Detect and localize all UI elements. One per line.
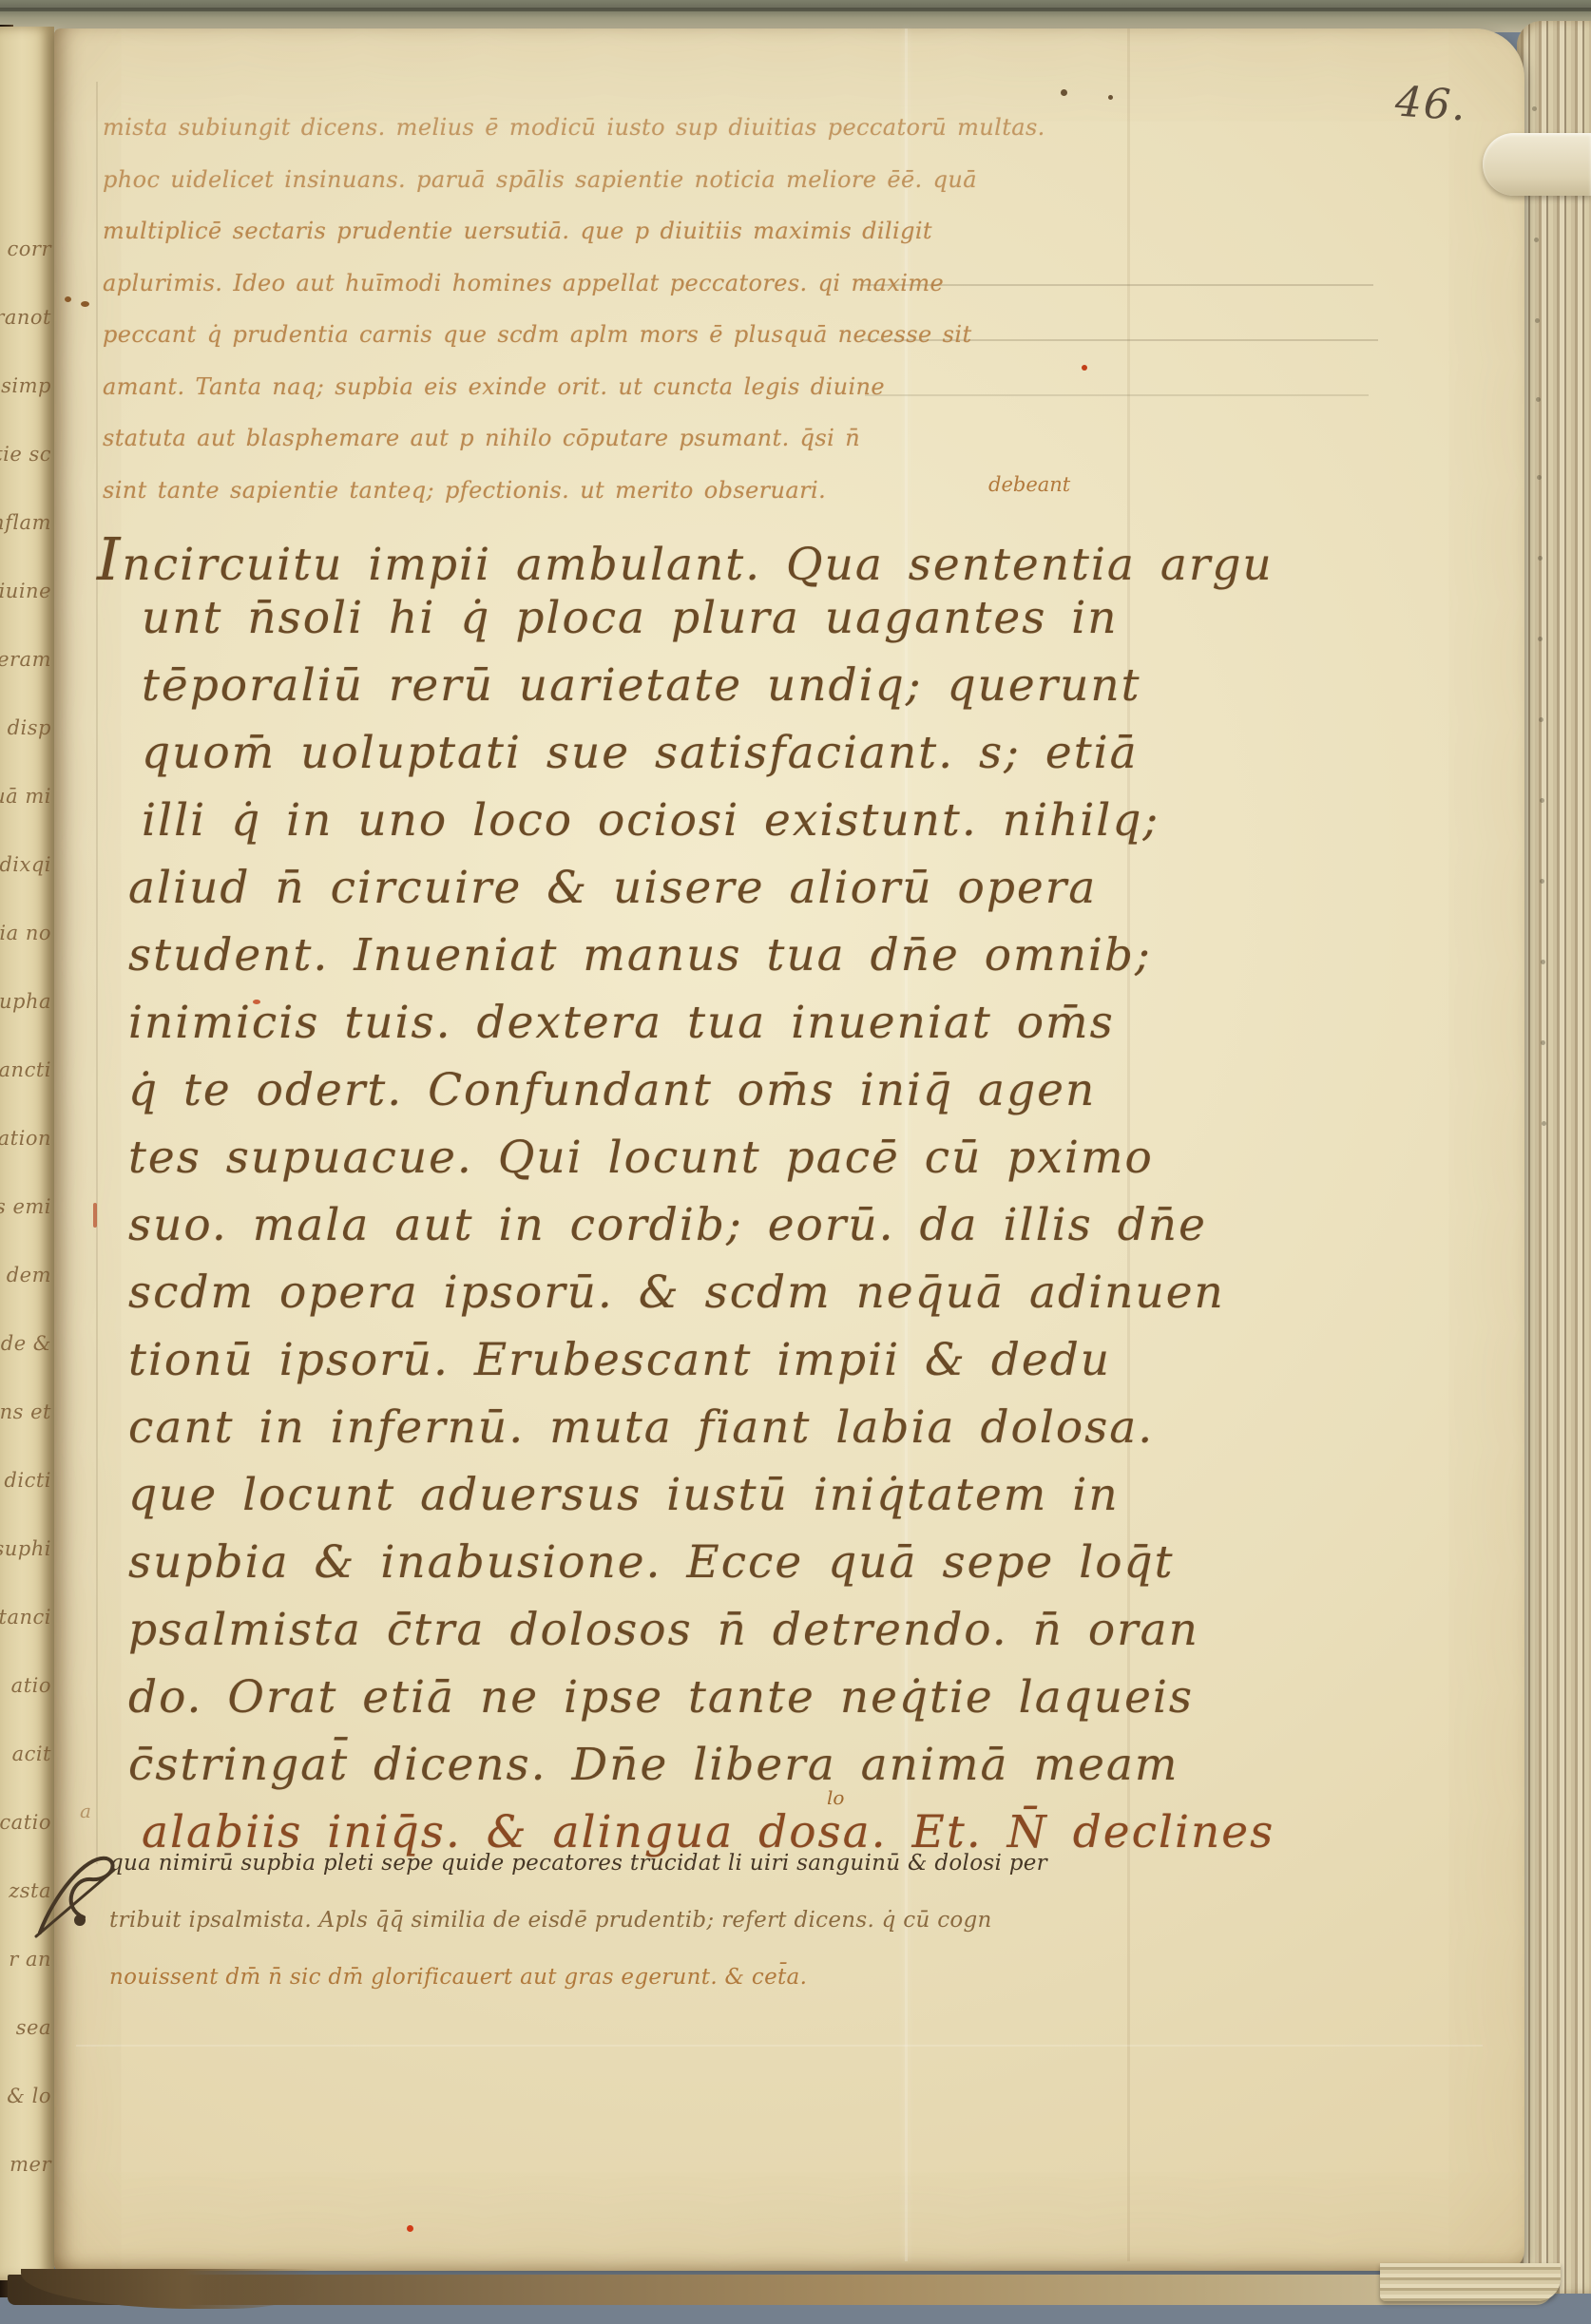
manuscript-text-line: statuta aut blasphemare aut p nihilo cōp… [103,425,920,477]
pricking-hole [1540,798,1544,803]
manuscript-text-line: q̇ te odert. Confundant om̄s iniq̄ agen [128,1064,1307,1132]
manuscript-text-line: illi q̇ in uno loco ociosi existunt. nih… [142,794,1307,862]
facing-page-text-fragment: ix· disp [0,716,51,739]
interlinear-correction: lo [827,1786,844,1809]
ink-speck [65,296,71,302]
facing-page-text-fragment: supha [0,990,51,1013]
red-ink-speck [407,2225,413,2232]
pricking-hole [1539,717,1543,722]
manuscript-text-line: student. Inueniat manus tua dn̄e omnib; [128,929,1307,997]
facing-page-text-fragment: catio [0,1811,51,1834]
red-ink-speck [253,1000,260,1004]
main-text-block: Incircuitu impii ambulant. Qua sententia… [128,524,1307,1874]
facing-page-text-fragment: acit [12,1743,51,1765]
facing-page-text-fragment: es emi [0,1195,51,1218]
facing-page-text-fragment: guā mi [0,785,51,808]
pricking-hole [1532,106,1537,111]
facing-page-text-fragment: de & [1,1332,51,1355]
facing-page-text-fragment: dentie sc [0,443,51,466]
gloss-text-line: qua nimirū supbia pleti sepe quide pecat… [109,1851,1459,1908]
manuscript-text-line: tes supuacue. Qui locunt pacē cū pximo [128,1132,1307,1199]
manuscript-text-line: mista subiungit dicens. melius ē modicū … [103,114,920,166]
red-margin-tick [93,1203,97,1228]
faded-header-text-block: mista subiungit dicens. melius ē modicū … [103,114,920,528]
facing-page-text-fragment: dicti [4,1469,51,1492]
pricking-hole [1540,879,1544,884]
ink-speck [81,301,89,307]
manuscript-text-line: tēporaliū rerū uarietate undiq; querunt [142,659,1307,727]
ink-speck [1108,95,1113,100]
folio-number: 46. [1393,77,1468,130]
manuscript-text-line: aliud n̄ circuire & uisere aliorū opera [128,862,1307,929]
pricking-hole [1534,238,1539,242]
gloss-text-line: tribuit ipsalmista. Apls q̄q̄ similia de… [109,1908,1459,1965]
ruling-line [865,394,1369,396]
facing-page-text-fragment: r an [9,1948,51,1971]
pricking-hole [1541,960,1545,964]
manuscript-text-line: supbia & inabusione. Ecce quā sepe loq̄t [128,1536,1307,1604]
manuscript-text-line: multiplicē sectaris prudentie uersutiā. … [103,218,920,270]
manuscript-text-line: tionū ipsorū. Erubescant impii & dedu [128,1334,1307,1401]
manuscript-text-line: cant in infernū. muta fiant labia dolosa… [128,1401,1307,1469]
manuscript-text-line: do. Orat etiā ne ipse tante neq̇tie laqu… [128,1671,1307,1739]
manuscript-text-line: aplurimis. Ideo aut huīmodi homines appe… [103,270,920,322]
red-ink-speck [1082,365,1087,371]
book-head-edge [0,0,1591,32]
facing-page-text-fragment: & lo [7,2085,51,2107]
facing-page-text-fragment: tē ranot [0,306,51,329]
manuscript-text-line: psalmista c̄tra dolosos n̄ detrendo. n̄ … [128,1604,1307,1671]
manuscript-text-line: que locunt aduersus iustū iniq̇tatem in [128,1469,1307,1536]
facing-page-text-fragment: bia no [0,922,51,944]
manuscript-text-line: Incircuitu impii ambulant. Qua sententia… [97,524,1307,592]
facing-page-text-fragment: mer [10,2153,51,2176]
facing-page-text-fragment: diuine [0,580,51,602]
pricking-hole [1537,475,1542,480]
facing-page-text-fragment: ndos simp [0,374,51,397]
manuscript-text-line: inimicis tuis. dextera tua inueniat om̄s [128,997,1307,1064]
marginal-note-mark: a [80,1800,91,1822]
facing-page-text-fragment: re dem [0,1264,51,1286]
gloss-text-line: nouissent dm̄ n̄ sic dm̄ glorificauert a… [109,1965,1459,2022]
pricking-hole [1538,556,1543,561]
parchment-crease [76,2045,1483,2047]
gloss-text-block: qua nimirū supbia pleti sepe quide pecat… [109,1851,1459,2022]
facing-page-text-fragment: dixqi [0,853,51,876]
manuscript-text-line: phoc uidelicet insinuans. paruā spālis s… [103,166,920,219]
gloss-paraph-mark [32,1841,120,1948]
interlinear-correction: debeant [988,473,1070,496]
pricking-hole [1541,1040,1545,1045]
facing-page-text-fragment: tanci [0,1606,51,1629]
facing-page-text-fragment: cation [0,1127,51,1150]
manuscript-text-line: amant. Tanta naq; supbia eis exinde orit… [103,373,920,426]
facing-page-text-fragment: tes corr [0,238,51,260]
facing-page-text-fragment: sē ceram [0,648,51,671]
manuscript-text-line: quom̄ uoluptati sue satisfaciant. s; eti… [142,727,1307,794]
fore-edge-parchment-tab [1483,133,1591,196]
manuscript-text-line: unt n̄soli hi q̇ ploca plura uagantes in [142,592,1307,659]
pricking-hole [1535,318,1540,323]
manuscript-text-line: peccant q̇ prudentia carnis que scdm apl… [103,321,920,373]
manuscript-text-line: suo. mala aut in cordib; eorū. da illis … [128,1199,1307,1267]
pricking-hole [1536,397,1541,402]
bottom-page-corner-stack [1380,2263,1561,2301]
facing-page-text-fragment: e inflam [0,511,51,534]
ink-speck [1061,89,1067,96]
facing-page-text-fragment: ns et [0,1400,51,1423]
manuscript-text-line: sint tante sapientie tanteq; pfectionis.… [103,477,920,529]
pricking-hole [1542,1121,1546,1126]
facing-page-text-fragment: atio [11,1674,51,1697]
facing-page-text-fragment: suphi [0,1537,51,1560]
facing-page-text-fragment: tancti [0,1058,51,1081]
facing-page-text-fragment: sea [16,2016,51,2039]
book-fore-edge-pages [1517,21,1591,2294]
photo-background: tes corrtē ranotndos simpdentie sce infl… [0,0,1591,2324]
margin-ruling-line [96,82,98,1864]
pricking-hole [1538,637,1543,641]
manuscript-text-line: c̄stringat̄ dicens. Dn̄e libera animā me… [128,1739,1307,1806]
manuscript-text-line: scdm opera ipsorū. & scdm neq̄uā adinuen [128,1267,1307,1334]
